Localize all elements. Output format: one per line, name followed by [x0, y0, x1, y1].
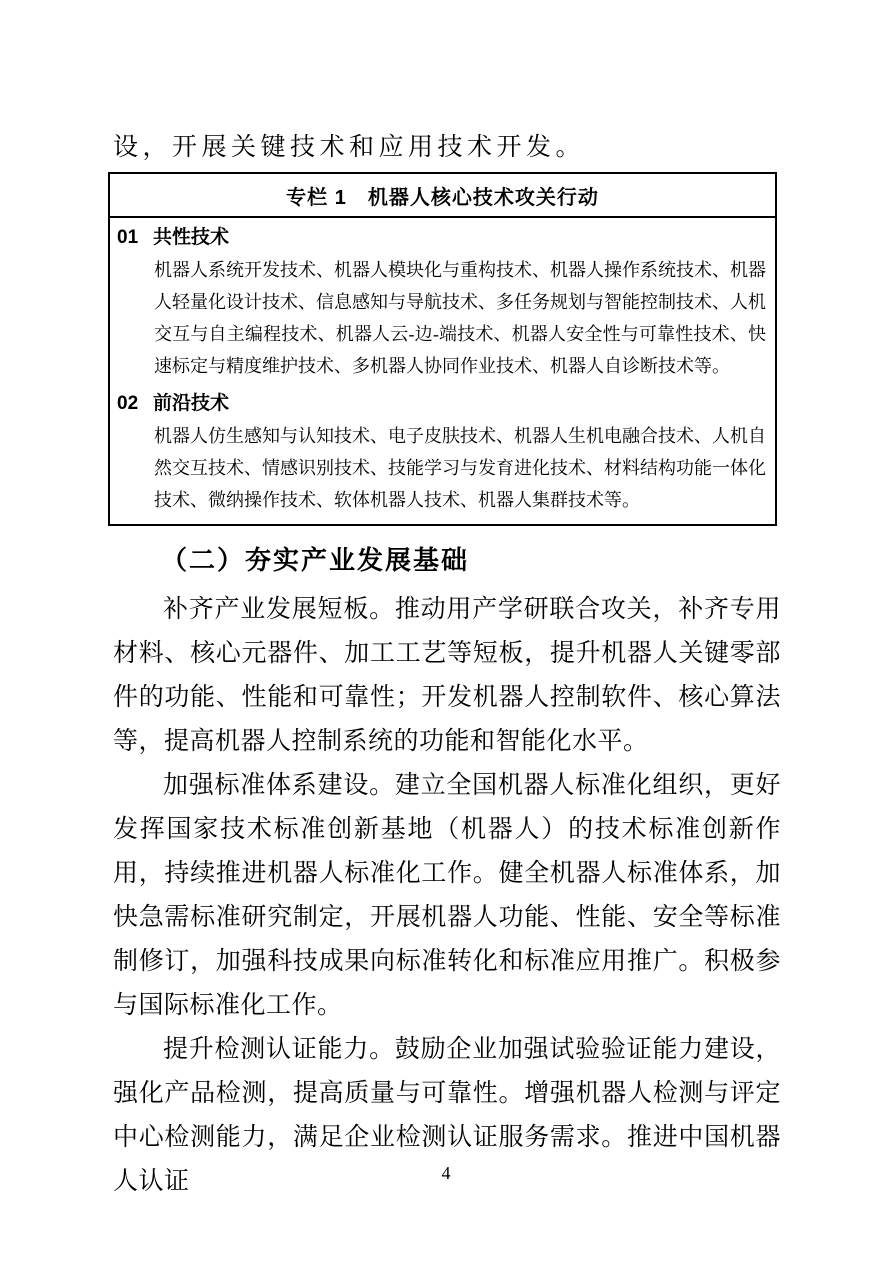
paragraph-shore-up-shortboards: 补齐产业发展短板。推动用产学研联合攻关，补齐专用材料、核心元器件、加工工艺等短板…: [113, 588, 781, 764]
box-section-02-head: 02 前沿技术: [110, 384, 775, 419]
column-box-title: 专栏 1 机器人核心技术攻关行动: [110, 174, 775, 218]
box-section-01-head: 01 共性技术: [110, 218, 775, 253]
column-box-1: 专栏 1 机器人核心技术攻关行动 01 共性技术 机器人系统开发技术、机器人模块…: [108, 172, 777, 526]
page-content: 设，开展关键技术和应用技术开发。 专栏 1 机器人核心技术攻关行动 01 共性技…: [113, 131, 781, 1204]
box-section-01-body: 机器人系统开发技术、机器人模块化与重构技术、机器人操作系统技术、机器人轻量化设计…: [110, 253, 775, 384]
box-section-02-body: 机器人仿生感知与认知技术、电子皮肤技术、机器人生机电融合技术、人机自然交互技术、…: [110, 419, 775, 524]
box-section-02-heading: 前沿技术: [153, 389, 229, 419]
box-section-01-number: 01: [117, 223, 153, 253]
intro-continuation-line: 设，开展关键技术和应用技术开发。: [113, 131, 781, 165]
paragraph-standards-system: 加强标准体系建设。建立全国机器人标准化组织，更好发挥国家技术标准创新基地（机器人…: [113, 764, 781, 1028]
box-section-01-heading: 共性技术: [153, 223, 229, 253]
section-heading: （二）夯实产业发展基础: [113, 539, 781, 583]
box-section-02-number: 02: [117, 389, 153, 419]
box-section-01: 01 共性技术 机器人系统开发技术、机器人模块化与重构技术、机器人操作系统技术、…: [110, 218, 775, 384]
document-page: 设，开展关键技术和应用技术开发。 专栏 1 机器人核心技术攻关行动 01 共性技…: [0, 0, 892, 1262]
box-section-02: 02 前沿技术 机器人仿生感知与认知技术、电子皮肤技术、机器人生机电融合技术、人…: [110, 384, 775, 524]
page-number: 4: [0, 1163, 892, 1184]
